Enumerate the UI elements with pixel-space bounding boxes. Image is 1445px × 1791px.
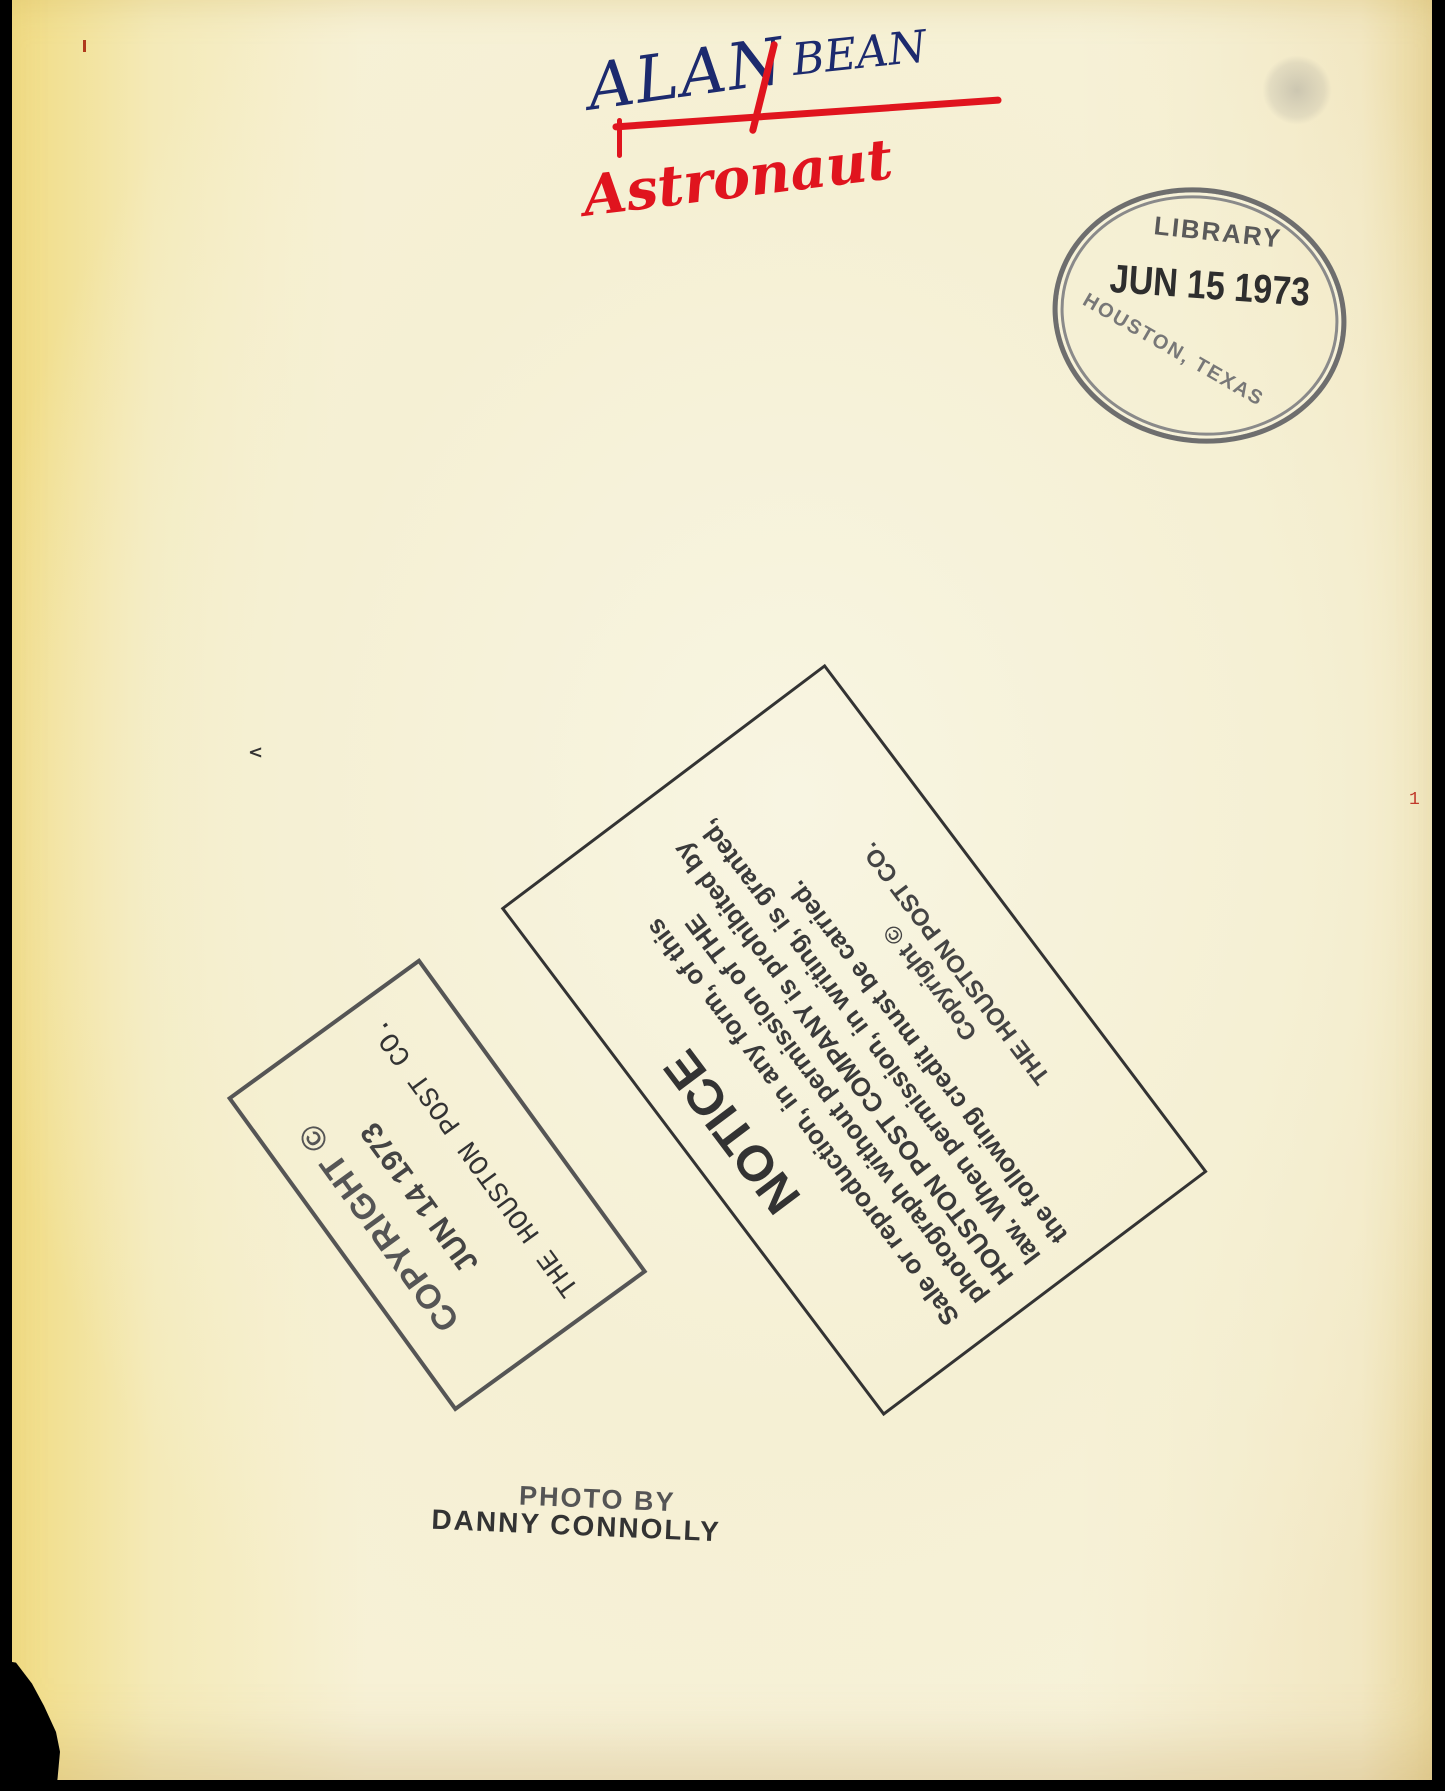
- ink-smudge: [1262, 55, 1332, 125]
- handwritten-title: Astronaut: [579, 126, 896, 229]
- page-number-mark: 1: [1409, 790, 1420, 810]
- library-date-stamp: LIBRARY JUN 15 1973 HOUSTON, TEXAS: [1032, 164, 1367, 466]
- copyright-stamp: COPYRIGHT © JUN 14 1973 THE HOUSTON POST…: [227, 958, 648, 1412]
- photo-credit-stamp: PHOTO BY DANNY CONNOLLY: [431, 1477, 723, 1549]
- notice-stamp-content: NOTICE Sale or reproduction, in any form…: [505, 668, 1204, 1412]
- library-stamp-heading: LIBRARY: [1152, 210, 1283, 254]
- ink-speck: [83, 40, 86, 52]
- library-stamp-date: JUN 15 1973: [1108, 257, 1311, 316]
- copyright-stamp-content: COPYRIGHT © JUN 14 1973 THE HOUSTON POST…: [232, 964, 641, 1407]
- red-tick-mark: [617, 118, 622, 158]
- notice-stamp: NOTICE Sale or reproduction, in any form…: [501, 664, 1208, 1416]
- handwritten-last-name: BEAN: [790, 21, 929, 86]
- caret-mark: <: [248, 742, 263, 763]
- photo-back-page: ALAN BEAN Astronaut LIBRARY JUN 15 1973 …: [12, 0, 1432, 1780]
